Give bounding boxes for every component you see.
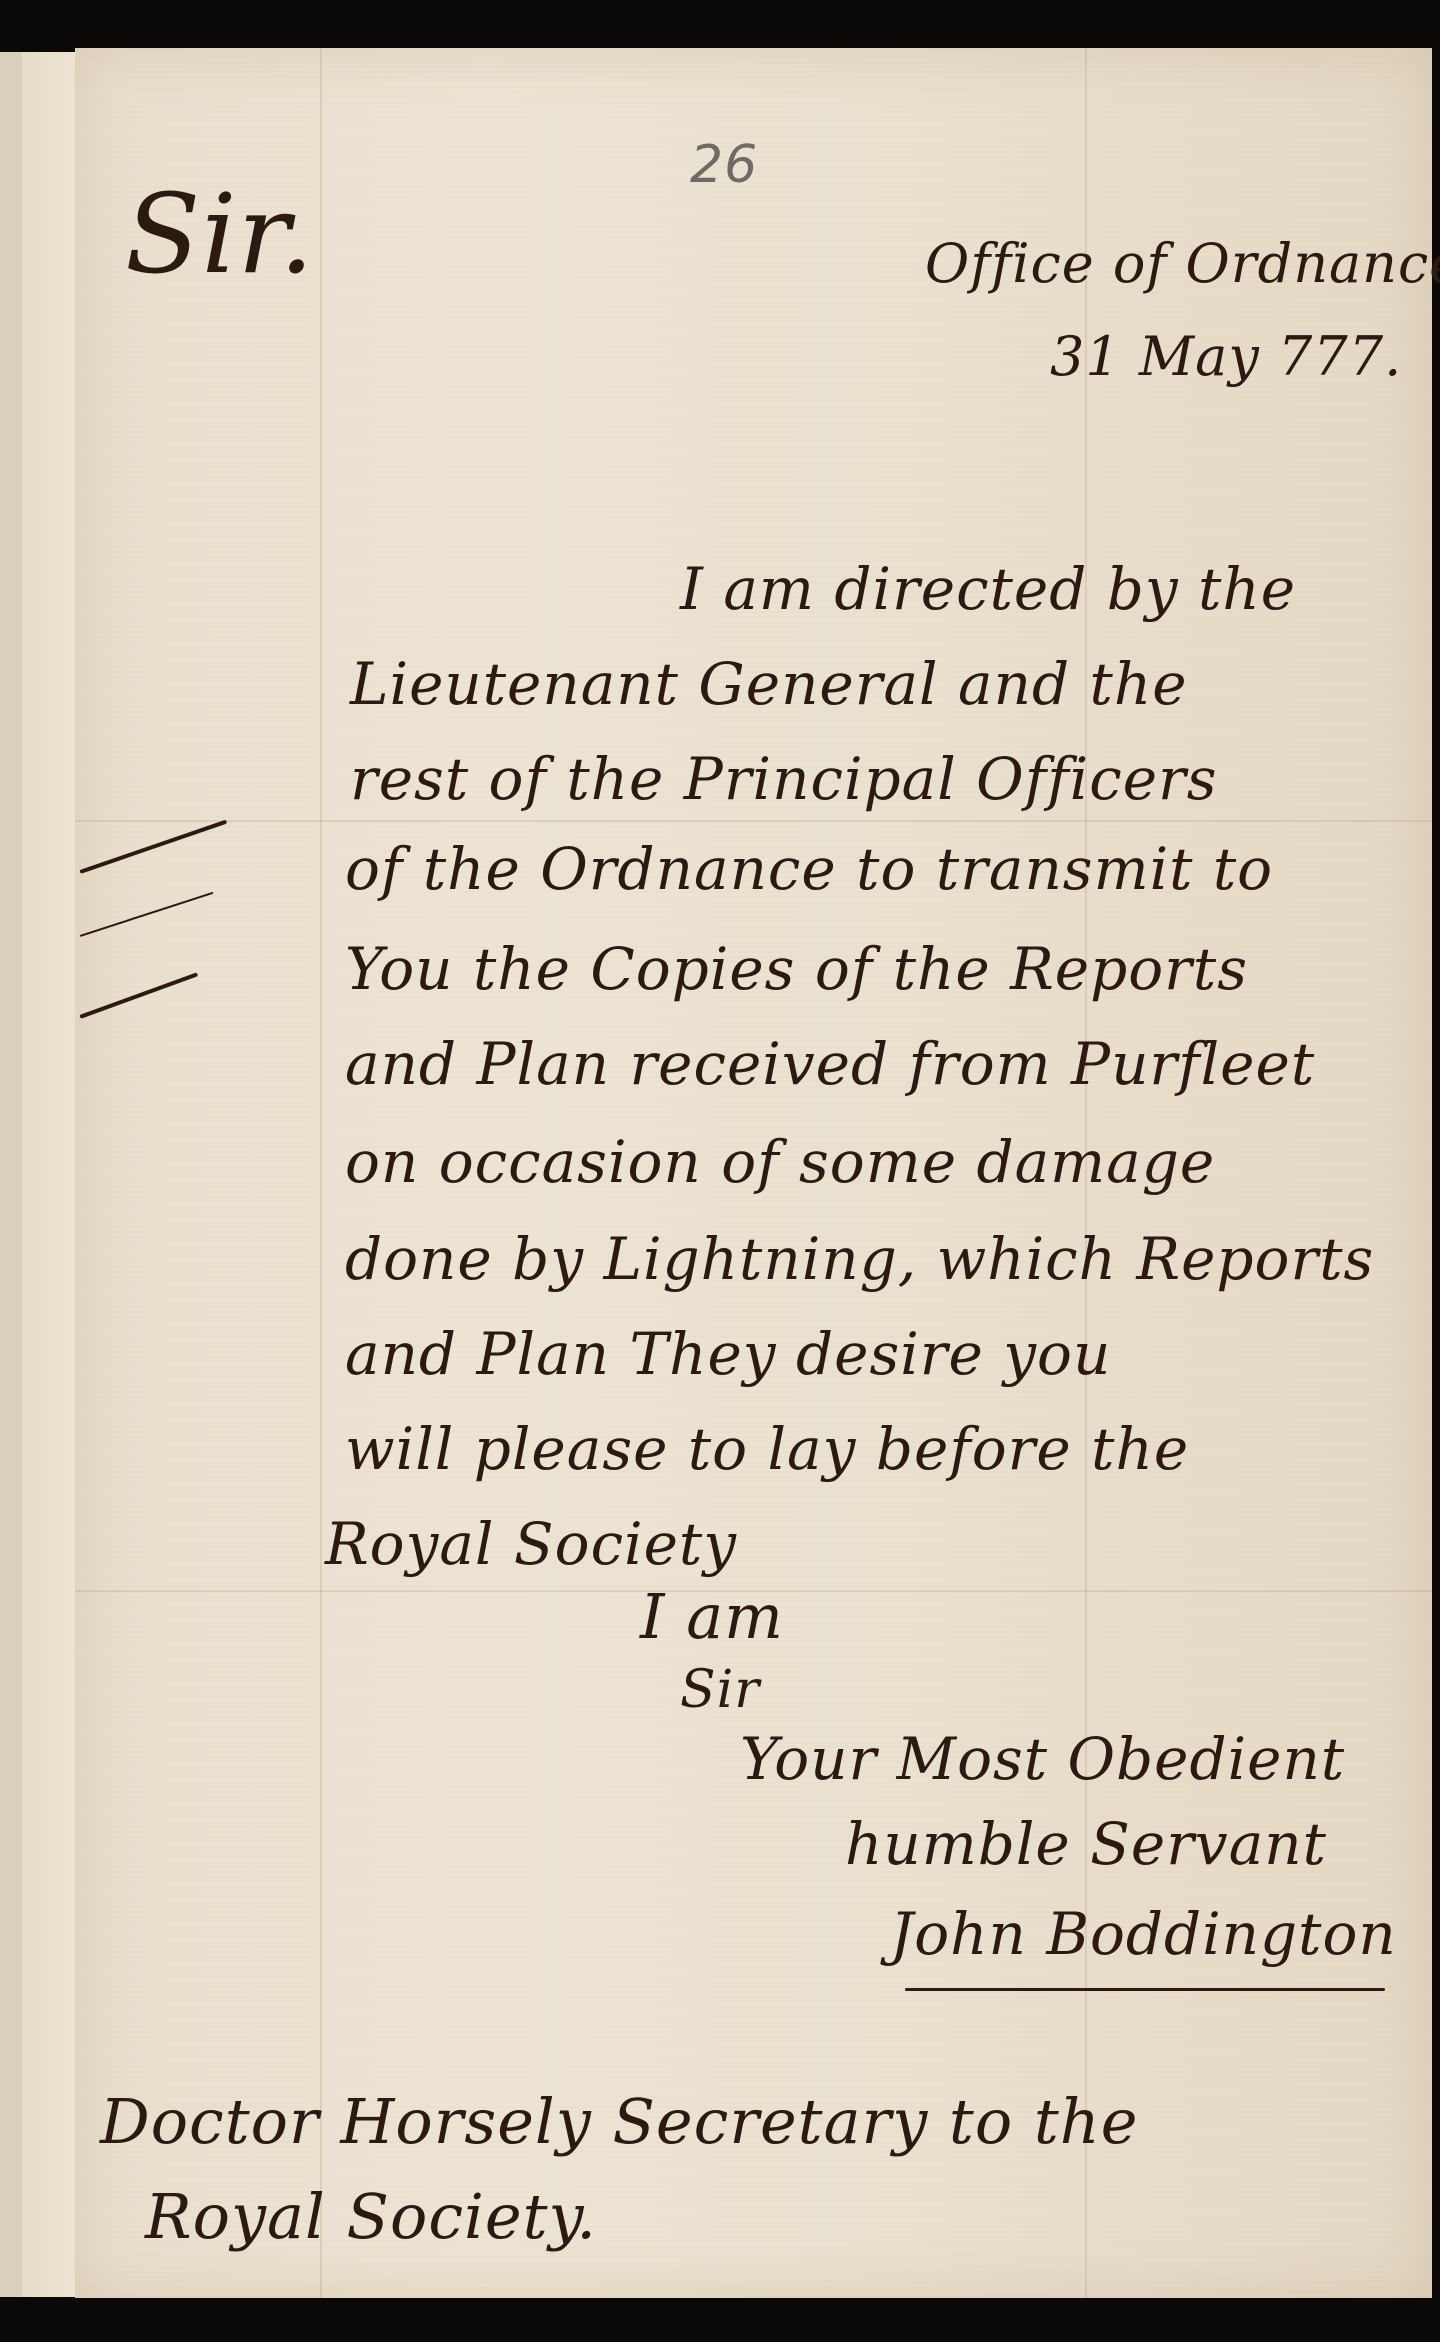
body-line-5: You the Copies of the Reports — [345, 935, 1248, 1003]
signature-underline — [905, 1988, 1385, 1991]
fold-line — [320, 48, 322, 2298]
body-line-6: and Plan received from Purfleet — [345, 1030, 1315, 1098]
body-line-1: I am directed by the — [680, 555, 1296, 623]
body-line-4: of the Ordnance to transmit to — [345, 835, 1273, 903]
body-line-9: and Plan They desire you — [345, 1320, 1111, 1388]
body-line-10: will please to lay before the — [345, 1415, 1189, 1483]
header-date: 31 May 777. — [1050, 325, 1402, 388]
binding-stub — [22, 52, 78, 2297]
folio-number: 26 — [690, 135, 758, 195]
signature: John Boddington — [890, 1900, 1397, 1968]
salutation: Sir. — [125, 170, 315, 298]
closing-humble-servant: humble Servant — [845, 1810, 1327, 1878]
closing-sir: Sir — [680, 1660, 760, 1720]
body-line-7: on occasion of some damage — [345, 1128, 1215, 1196]
body-line-8: done by Lightning, which Reports — [345, 1225, 1374, 1293]
closing-your-most-obedient: Your Most Obedient — [740, 1725, 1345, 1793]
body-line-11: Royal Society — [325, 1510, 737, 1578]
binding-strip — [0, 52, 24, 2297]
fold-line — [75, 820, 1432, 822]
addressee-line-1: Doctor Horsely Secretary to the — [100, 2085, 1138, 2158]
header-place: Office of Ordnance — [925, 232, 1440, 295]
body-line-2: Lieutenant General and the — [350, 650, 1188, 718]
body-line-3: rest of the Principal Officers — [350, 745, 1218, 813]
addressee-line-2: Royal Society. — [145, 2180, 597, 2253]
closing-i-am: I am — [640, 1580, 784, 1653]
